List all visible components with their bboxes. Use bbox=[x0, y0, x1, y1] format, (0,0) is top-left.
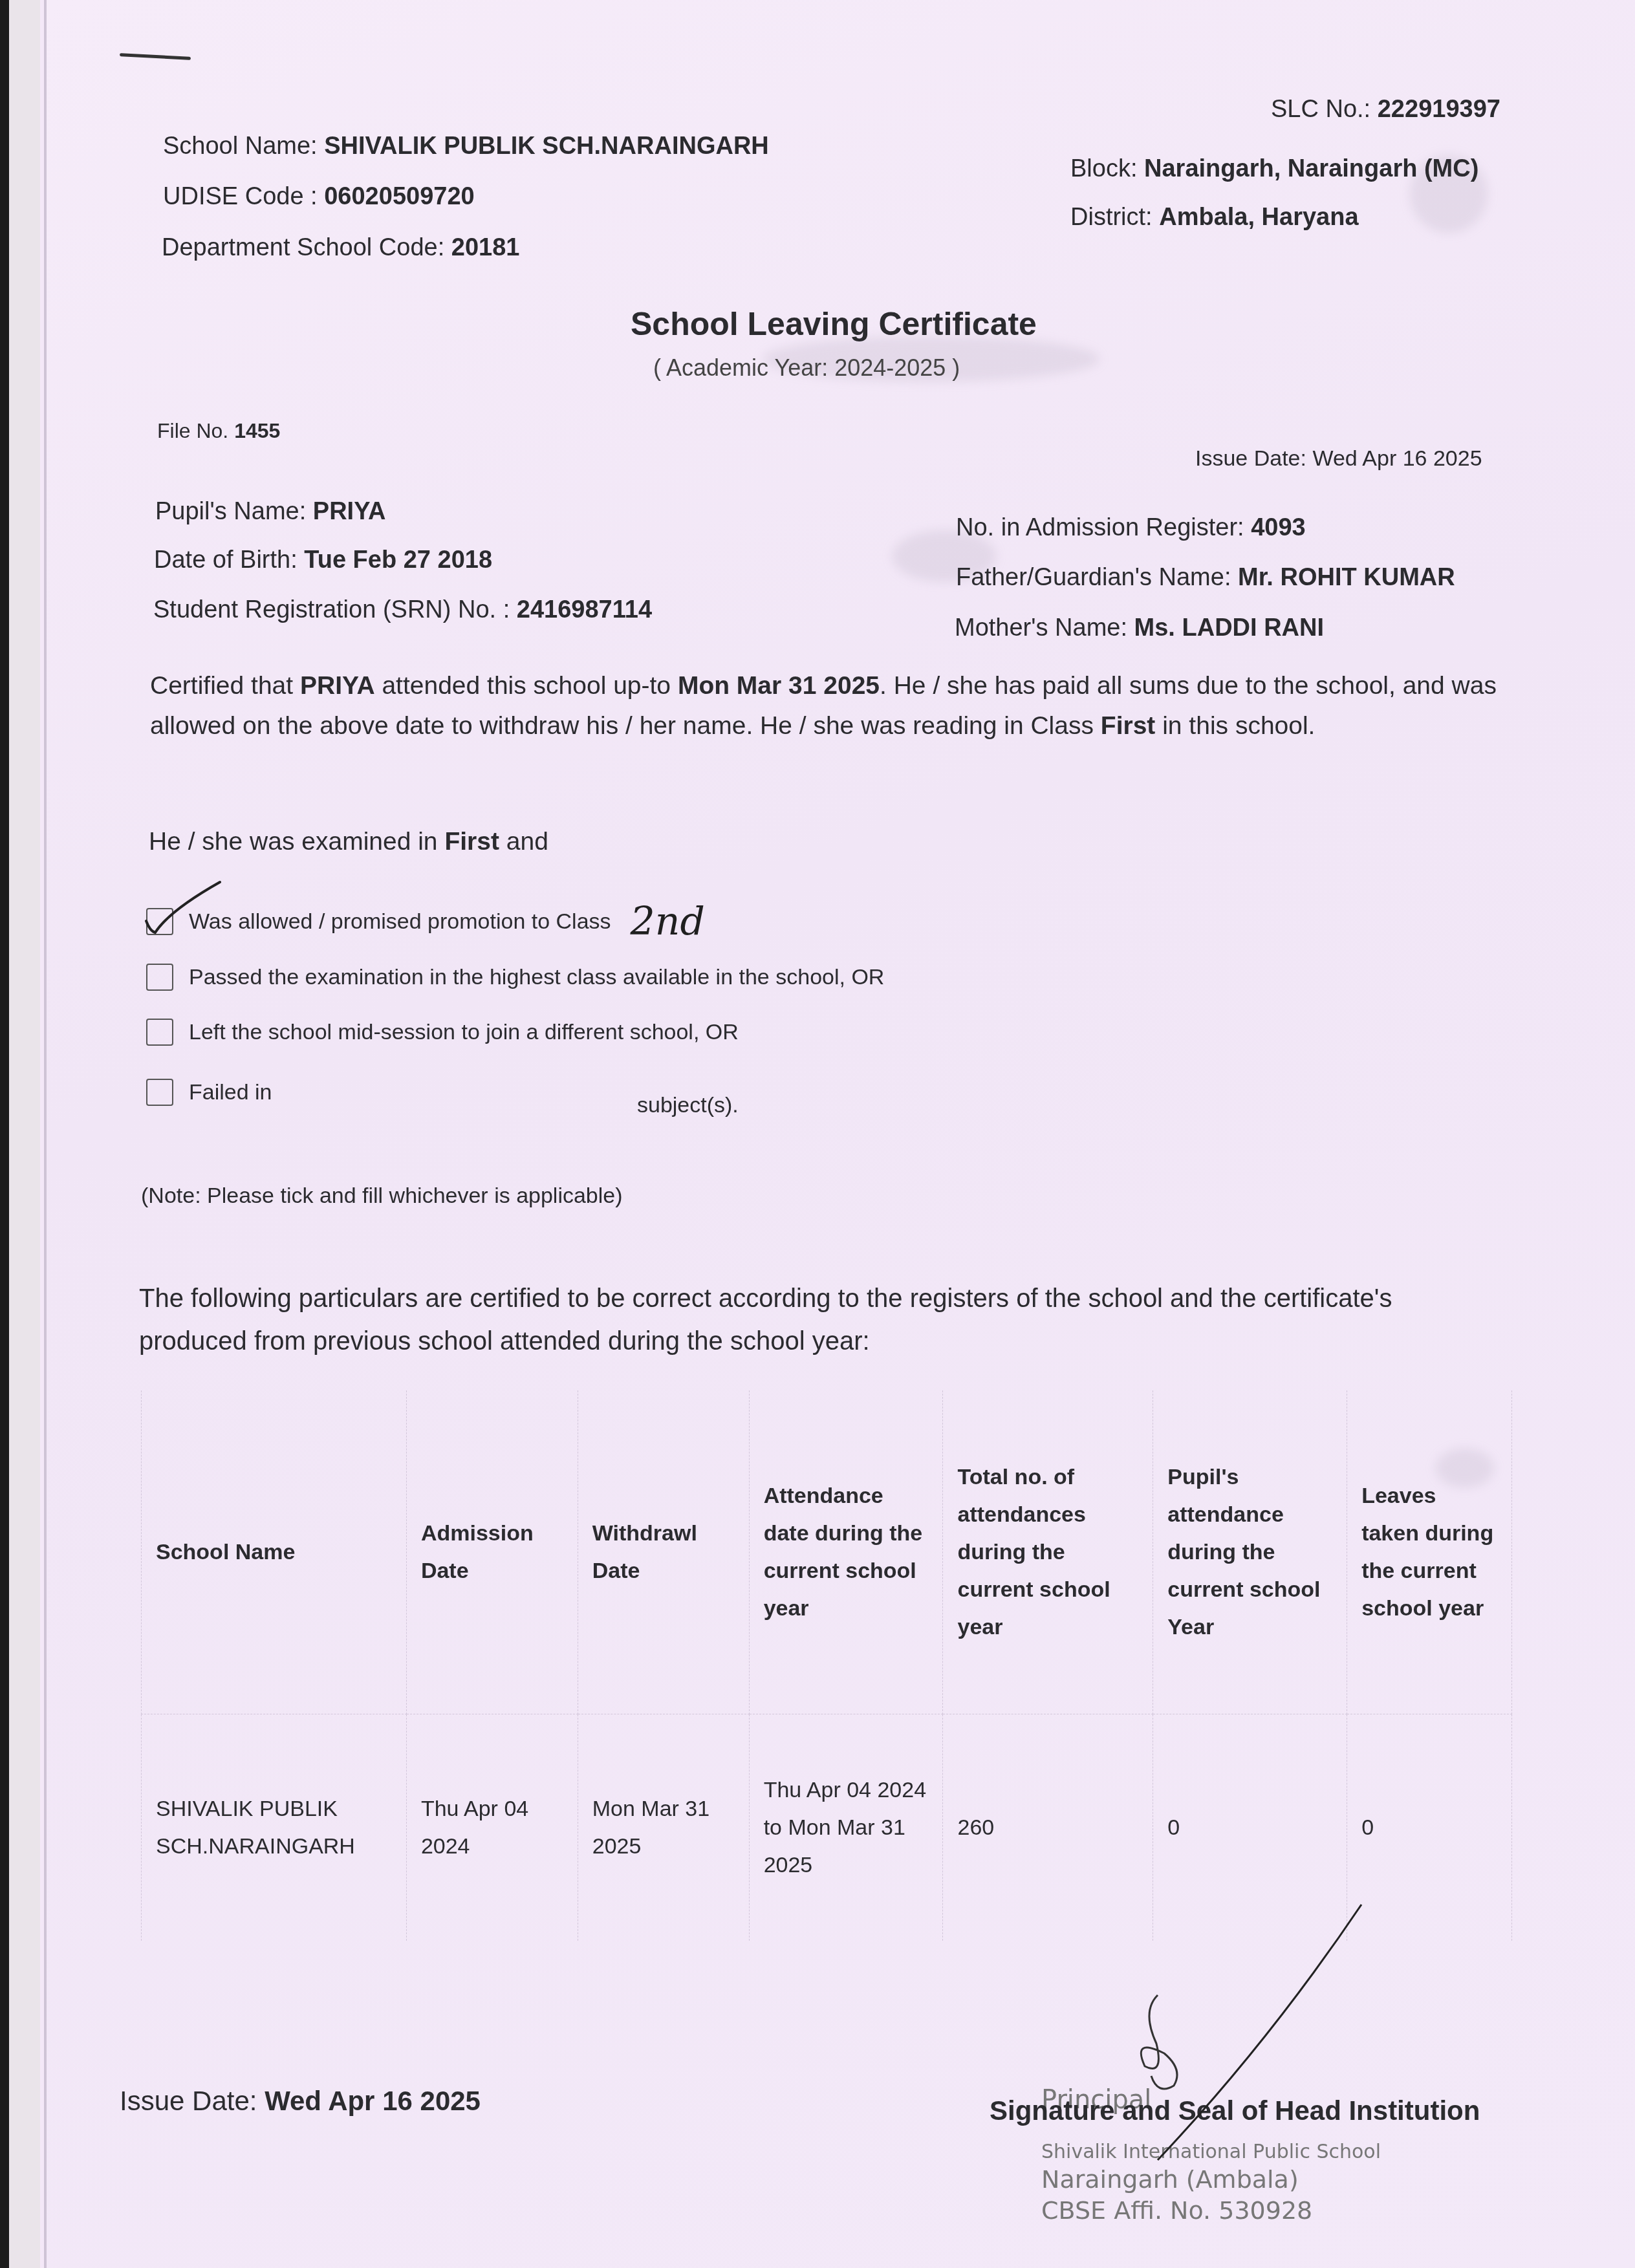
option-left-label: Left the school mid-session to join a di… bbox=[189, 1020, 739, 1045]
option-passed-label: Passed the examination in the highest cl… bbox=[189, 965, 884, 990]
signature-title: Signature and Seal of Head Institution bbox=[990, 2095, 1480, 2126]
udise-line: UDISE Code : 06020509720 bbox=[163, 183, 475, 211]
dob: Tue Feb 27 2018 bbox=[304, 546, 492, 574]
srn-line: Student Registration (SRN) No. : 2416987… bbox=[153, 596, 652, 624]
district-label: District: bbox=[1070, 204, 1153, 231]
option-passed[interactable]: Passed the examination in the highest cl… bbox=[146, 964, 884, 991]
file-no-line: File No. 1455 bbox=[157, 419, 280, 443]
option-left[interactable]: Left the school mid-session to join a di… bbox=[146, 1019, 739, 1046]
cell-school-name: SHIVALIK PUBLIK SCH.NARAINGARH bbox=[142, 1714, 407, 1941]
header-admission-date: Admission Date bbox=[406, 1390, 578, 1714]
issue-date-top-label: Issue Date: bbox=[1195, 446, 1306, 471]
srn-label: Student Registration (SRN) No. : bbox=[153, 596, 510, 623]
option-failed[interactable]: Failed in bbox=[146, 1079, 272, 1106]
option-promotion-label: Was allowed / promised promotion to Clas… bbox=[189, 909, 611, 934]
table-row: SHIVALIK PUBLIK SCH.NARAINGARH Thu Apr 0… bbox=[142, 1714, 1512, 1941]
seal-location: Naraingarh (Ambala) bbox=[1041, 2166, 1381, 2194]
issue-date-top: Wed Apr 16 2025 bbox=[1312, 446, 1482, 471]
seal-cbse-affiliation: CBSE Affi. No. 530928 bbox=[1041, 2198, 1381, 2225]
cell-leaves-taken: 0 bbox=[1347, 1714, 1512, 1941]
table-header-row: School Name Admission Date Withdrawl Dat… bbox=[142, 1390, 1512, 1714]
slc-label: SLC No.: bbox=[1271, 96, 1370, 123]
statement-leaving-date: Mon Mar 31 2025 bbox=[678, 672, 880, 700]
block-line: Block: Naraingarh, Naraingarh (MC) bbox=[1070, 155, 1478, 183]
father-name: Mr. ROHIT KUMAR bbox=[1238, 564, 1455, 591]
cell-withdrawal-date: Mon Mar 31 2025 bbox=[578, 1714, 749, 1941]
file-no-label: File No. bbox=[157, 419, 228, 442]
handwritten-class: 2nd bbox=[631, 899, 705, 944]
dept-code: 20181 bbox=[451, 234, 520, 261]
header-attendance-dates: Attendance date during the current schoo… bbox=[749, 1390, 943, 1714]
checkbox-passed[interactable] bbox=[146, 964, 173, 991]
pupil-name-line: Pupil's Name: PRIYA bbox=[155, 498, 385, 526]
statement-text: attended this school up-to bbox=[375, 672, 678, 700]
failed-subjects-suffix: subject(s). bbox=[637, 1093, 739, 1118]
udise-code: 06020509720 bbox=[324, 183, 474, 210]
header-pupil-attendance: Pupil's attendance during the current sc… bbox=[1153, 1390, 1347, 1714]
admission-no: 4093 bbox=[1251, 514, 1306, 541]
statement-pupil-name: PRIYA bbox=[300, 672, 375, 700]
cell-attendance-dates: Thu Apr 04 2024 to Mon Mar 31 2025 bbox=[749, 1714, 943, 1941]
seal-school: Shivalik International Public School bbox=[1041, 2141, 1381, 2163]
father-line: Father/Guardian's Name: Mr. ROHIT KUMAR bbox=[956, 564, 1455, 592]
dob-label: Date of Birth: bbox=[154, 546, 298, 574]
dept-code-label: Department School Code: bbox=[162, 234, 444, 261]
header-school-name: School Name bbox=[142, 1390, 407, 1714]
udise-label: UDISE Code : bbox=[163, 183, 318, 210]
footer-issue-date: Wed Apr 16 2025 bbox=[265, 2086, 481, 2116]
school-name: SHIVALIK PUBLIK SCH.NARAINGARH bbox=[324, 133, 769, 160]
certificate-title: School Leaving Certificate bbox=[631, 305, 1037, 343]
signature-block: Signature and Seal of Head Institution bbox=[990, 2095, 1480, 2126]
checkbox-failed[interactable] bbox=[146, 1079, 173, 1106]
dept-code-line: Department School Code: 20181 bbox=[162, 234, 519, 262]
header-total-attendances: Total no. of attendances during the curr… bbox=[943, 1390, 1153, 1714]
examined-text: and bbox=[499, 828, 548, 856]
scan-edge-dark bbox=[0, 0, 9, 2268]
examined-line: He / she was examined in First and bbox=[149, 828, 548, 856]
checkbox-promotion[interactable] bbox=[146, 908, 173, 935]
certification-paragraph: Certified that PRIYA attended this schoo… bbox=[150, 666, 1534, 746]
admission-no-line: No. in Admission Register: 4093 bbox=[956, 514, 1306, 542]
cell-pupil-attendance: 0 bbox=[1153, 1714, 1347, 1941]
mother-line: Mother's Name: Ms. LADDI RANI bbox=[955, 614, 1324, 642]
dob-line: Date of Birth: Tue Feb 27 2018 bbox=[154, 546, 492, 574]
block: Naraingarh, Naraingarh (MC) bbox=[1144, 155, 1478, 182]
particulars-table: School Name Admission Date Withdrawl Dat… bbox=[141, 1390, 1512, 1941]
pupil-name: PRIYA bbox=[313, 498, 386, 525]
mother-name: Ms. LADDI RANI bbox=[1134, 614, 1324, 642]
mother-label: Mother's Name: bbox=[955, 614, 1127, 642]
footer-issue-date-line: Issue Date: Wed Apr 16 2025 bbox=[120, 2086, 481, 2117]
file-no: 1455 bbox=[234, 419, 280, 442]
statement-class: First bbox=[1101, 712, 1156, 740]
srn: 2416987114 bbox=[517, 596, 652, 623]
scan-edge-pale bbox=[9, 0, 40, 2268]
checkbox-left[interactable] bbox=[146, 1019, 173, 1046]
statement-text: Certified that bbox=[150, 672, 300, 700]
district-line: District: Ambala, Haryana bbox=[1070, 204, 1359, 232]
academic-year: ( Academic Year: 2024-2025 ) bbox=[653, 354, 960, 382]
footer-issue-date-label: Issue Date: bbox=[120, 2086, 257, 2116]
tick-mark-icon bbox=[144, 878, 228, 936]
examined-text: He / she was examined in bbox=[149, 828, 444, 856]
statement-text: in this school. bbox=[1155, 712, 1315, 740]
block-label: Block: bbox=[1070, 155, 1137, 182]
cell-total-attendances: 260 bbox=[943, 1714, 1153, 1941]
option-failed-label: Failed in bbox=[189, 1080, 272, 1105]
slc-line: SLC No.: 222919397 bbox=[1271, 96, 1500, 124]
header-withdrawal-date: Withdrawl Date bbox=[578, 1390, 749, 1714]
father-label: Father/Guardian's Name: bbox=[956, 564, 1231, 591]
cell-admission-date: Thu Apr 04 2024 bbox=[406, 1714, 578, 1941]
school-name-line: School Name: SHIVALIK PUBLIK SCH.NARAING… bbox=[163, 133, 769, 160]
admission-no-label: No. in Admission Register: bbox=[956, 514, 1244, 541]
particulars-intro: The following particulars are certified … bbox=[139, 1277, 1433, 1363]
school-name-label: School Name: bbox=[163, 133, 318, 160]
option-promotion[interactable]: Was allowed / promised promotion to Clas… bbox=[146, 899, 705, 944]
note: (Note: Please tick and fill whichever is… bbox=[141, 1183, 623, 1209]
district: Ambala, Haryana bbox=[1159, 204, 1358, 231]
pupil-name-label: Pupil's Name: bbox=[155, 498, 306, 525]
slc-no: 222919397 bbox=[1378, 96, 1500, 123]
header-leaves-taken: Leaves taken during the current school y… bbox=[1347, 1390, 1512, 1714]
examined-class: First bbox=[444, 828, 499, 856]
issue-date-top-line: Issue Date: Wed Apr 16 2025 bbox=[1195, 446, 1482, 471]
